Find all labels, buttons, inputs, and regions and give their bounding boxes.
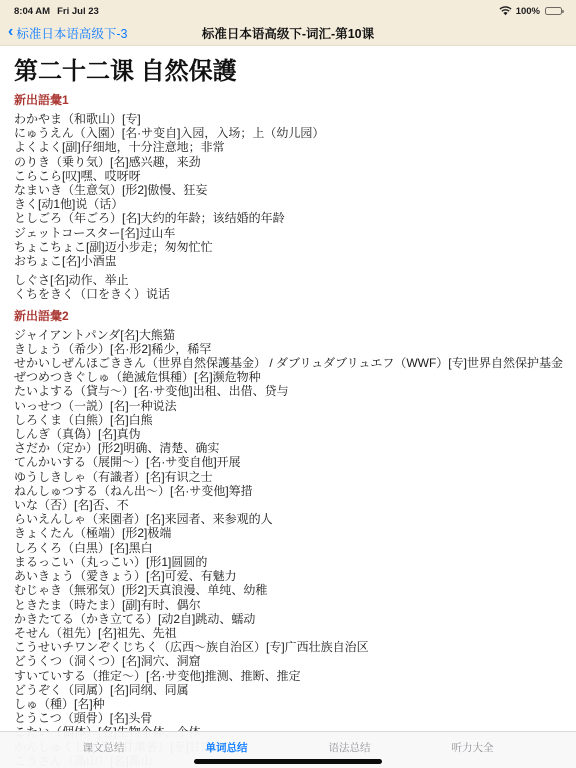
back-chevron-icon: ‹	[8, 24, 13, 40]
vocab-entry: らいえんしゃ（来園者）[名]来园者、来参观的人	[14, 512, 560, 526]
vocab-entry: あいきょう（愛きょう）[名]可爱、有魅力	[14, 569, 560, 583]
vocab-entry: きょくたん（極端）[形2]极端	[14, 526, 560, 540]
vocab-entry: いっせつ（一説）[名]一种说法	[14, 399, 560, 413]
vocab-entry: まるっこい（丸っこい）[形1]圆圆的	[14, 555, 560, 569]
lesson-heading: 第二十二课 自然保護	[14, 58, 560, 86]
vocab-entry: おちょこ[名]小酒盅	[14, 254, 560, 268]
vocab-entry: しぐさ[名]动作、举止	[14, 273, 560, 287]
vocab-entry: そせん（祖先）[名]祖先、先祖	[14, 626, 560, 640]
vocab-entry: ジャイアントパンダ[名]大熊猫	[14, 328, 560, 342]
vocab-entry: しろくま（白熊）[名]白熊	[14, 413, 560, 427]
vocab-entry: きく[动1他]说（话）	[14, 197, 560, 211]
vocab-entry: しんぎ（真偽）[名]真伪	[14, 427, 560, 441]
back-button[interactable]: ‹ 标准日本语高级下-3	[8, 20, 127, 45]
vocab-entry: ゆうしきしゃ（有識者）[名]有识之士	[14, 470, 560, 484]
vocab-entry: どうくつ（洞くつ）[名]洞穴、洞窟	[14, 654, 560, 668]
vocab-entry: ちょこちょこ[副]迈小步走；匆匆忙忙	[14, 240, 560, 254]
home-indicator[interactable]	[194, 759, 382, 764]
vocab-entry: かきたてる（かき立てる）[动2自]跳动、蠕动	[14, 612, 560, 626]
vocab-entry: すいていする（推定～）[名·サ变他]推测、推断、推定	[14, 669, 560, 683]
vocab-paragraph: しぐさ[名]动作、举止くちをきく（口をきく）说话	[14, 273, 560, 301]
vocab-entry: ジェットコースター[名]过山车	[14, 226, 560, 240]
vocab-entry: なまいき（生意気）[形2]傲慢、狂妄	[14, 183, 560, 197]
vocab-entry: しろくろ（白黒）[名]黑白	[14, 541, 560, 555]
battery-icon	[545, 7, 562, 16]
vocab-paragraph: ジャイアントパンダ[名]大熊猫きしょう（希少）[名·形2]稀少，稀罕せかいしぜん…	[14, 328, 560, 768]
vocab-entry: とうこつ（頭骨）[名]头骨	[14, 711, 560, 725]
vocab-entry: むじゃき（無邪気）[形2]天真浪漫、单纯、幼稚	[14, 583, 560, 597]
section-heading: 新出語彙1	[14, 93, 560, 107]
status-time: 8:04 AM	[14, 6, 50, 17]
tab-听力大全[interactable]: 听力大全	[411, 740, 534, 755]
vocab-entry: ねんしゅつする（ねん出～）[名·サ变他]筹措	[14, 484, 560, 498]
tab-课文总结[interactable]: 课文总结	[42, 740, 165, 755]
vocab-entry: きしょう（希少）[名·形2]稀少，稀罕	[14, 342, 560, 356]
vocab-entry: わかやま（和歌山）[专]	[14, 112, 560, 126]
vocab-entry: くちをきく（口をきく）说话	[14, 287, 560, 301]
vocab-entry: ぜつめつきぐしゅ（絶滅危惧種）[名]濒危物种	[14, 370, 560, 384]
vocab-entry: よくよく[副]仔细地，十分注意地；非常	[14, 140, 560, 154]
vocab-sections: 新出語彙1わかやま（和歌山）[专]にゅうえん（入園）[名·サ变自]入园，入场；上…	[14, 93, 560, 768]
vocab-entry: こらこら[叹]嘿、哎呀呀	[14, 169, 560, 183]
vocab-entry: にゅうえん（入園）[名·サ变自]入园，入场；上（幼儿园）	[14, 126, 560, 140]
top-chrome: 8:04 AM Fri Jul 23 100% ‹ 标准日本语高级下-3 标准日…	[0, 0, 576, 46]
vocab-entry: どうぞく（同属）[名]同纲、同属	[14, 683, 560, 697]
status-bar: 8:04 AM Fri Jul 23 100%	[0, 0, 576, 20]
vocab-entry: しゅ（種）[名]种	[14, 697, 560, 711]
vocab-entry: たいよする（貸与～）[名·サ变他]出租、出借、贷与	[14, 384, 560, 398]
vocab-entry: いな（否）[名]否、不	[14, 498, 560, 512]
nav-bar: ‹ 标准日本语高级下-3 标准日本语高级下-词汇-第10课	[0, 20, 576, 45]
vocab-entry: のりき（乗り気）[名]感兴趣，来劲	[14, 155, 560, 169]
back-button-label: 标准日本语高级下-3	[16, 24, 127, 42]
vocab-paragraph: わかやま（和歌山）[专]にゅうえん（入園）[名·サ变自]入园，入场；上（幼儿园）…	[14, 112, 560, 268]
status-date: Fri Jul 23	[57, 6, 99, 17]
tab-语法总结[interactable]: 语法总结	[288, 740, 411, 755]
battery-percent: 100%	[516, 6, 540, 17]
vocab-entry: こうせいチワンぞくじちく（広西～族自治区）[专]广西壮族自治区	[14, 640, 560, 654]
vocab-entry: せかいしぜんほごききん（世界自然保護基金） / ダブリュダブリュエフ（WWF）[…	[14, 356, 560, 370]
tab-单词总结[interactable]: 单词总结	[165, 740, 288, 755]
vocabulary-page[interactable]: 第二十二课 自然保護 新出語彙1わかやま（和歌山）[专]にゅうえん（入園）[名·…	[0, 46, 576, 768]
vocab-entry: としごろ（年ごろ）[名]大约的年龄；该结婚的年龄	[14, 211, 560, 225]
vocab-entry: ときたま（時たま）[副]有时、偶尔	[14, 598, 560, 612]
section-heading: 新出語彙2	[14, 309, 560, 323]
wifi-icon	[499, 6, 512, 16]
vocab-entry: てんかいする（展開～）[名·サ变自他]开展	[14, 455, 560, 469]
vocab-entry: さだか（定か）[形2]明确、清楚、确实	[14, 441, 560, 455]
